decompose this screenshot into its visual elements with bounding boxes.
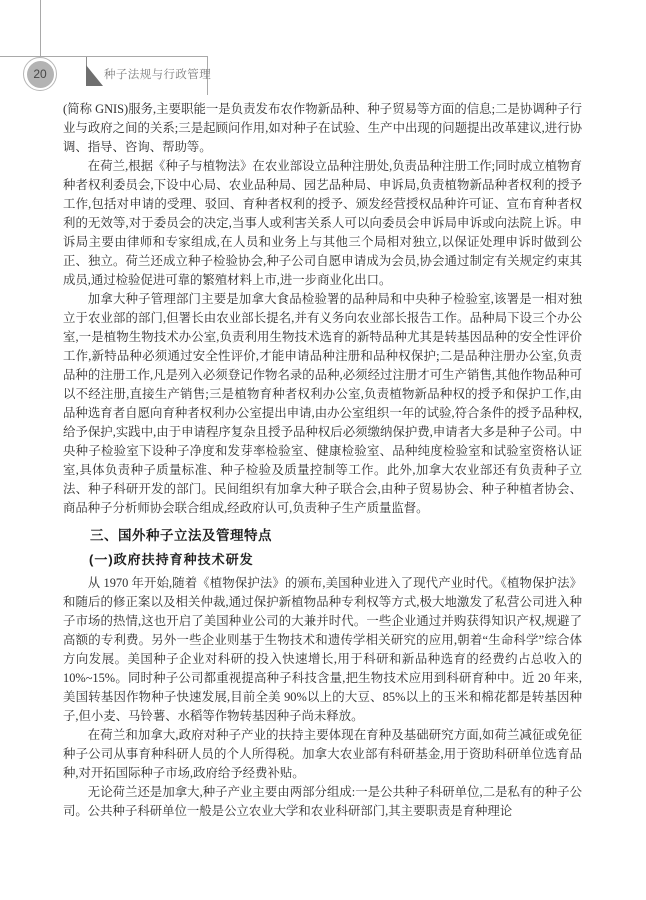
triangle-ornament-icon xyxy=(86,65,103,86)
page-body: (简称 GNIS)服务,主要职能一是负责发布农作物新品种、种子贸易等方面的信息;… xyxy=(63,100,582,821)
paragraph-nl-canada-support: 在荷兰和加拿大,政府对种子产业的扶持主要体现在育种及基础研究方面,如荷兰减征或免… xyxy=(63,726,582,783)
subsection-heading: (一)政府扶持育种技术研发 xyxy=(63,550,582,570)
page-number-badge: 20 xyxy=(23,57,57,91)
paragraph-gnis-service: (简称 GNIS)服务,主要职能一是负责发布农作物新品种、种子贸易等方面的信息;… xyxy=(63,100,582,157)
header-vertical-rule xyxy=(40,0,41,57)
page-number: 20 xyxy=(27,61,54,88)
header-horizontal-rule xyxy=(0,56,208,57)
section-heading: 三、国外种子立法及管理特点 xyxy=(63,526,582,546)
paragraph-industry-structure: 无论荷兰还是加拿大,种子产业主要由两部分组成:一是公共种子科研单位,二是私有的种… xyxy=(63,783,582,821)
paragraph-canada-administration: 加拿大种子管理部门主要是加拿大食品检验署的品种局和中央种子检验室,该署是一相对独… xyxy=(63,290,582,518)
paragraph-usa-industry: 从 1970 年开始,随着《植物保护法》的颁布,美国种业进入了现代产业时代。《植… xyxy=(63,574,582,726)
running-head-title: 种子法规与行政管理 xyxy=(104,66,211,82)
paragraph-netherlands-registration: 在荷兰,根据《种子与植物法》在农业部设立品种注册处,负责品种注册工作;同时成立植… xyxy=(63,157,582,290)
book-page: 20 种子法规与行政管理 (简称 GNIS)服务,主要职能一是负责发布农作物新品… xyxy=(0,0,646,900)
